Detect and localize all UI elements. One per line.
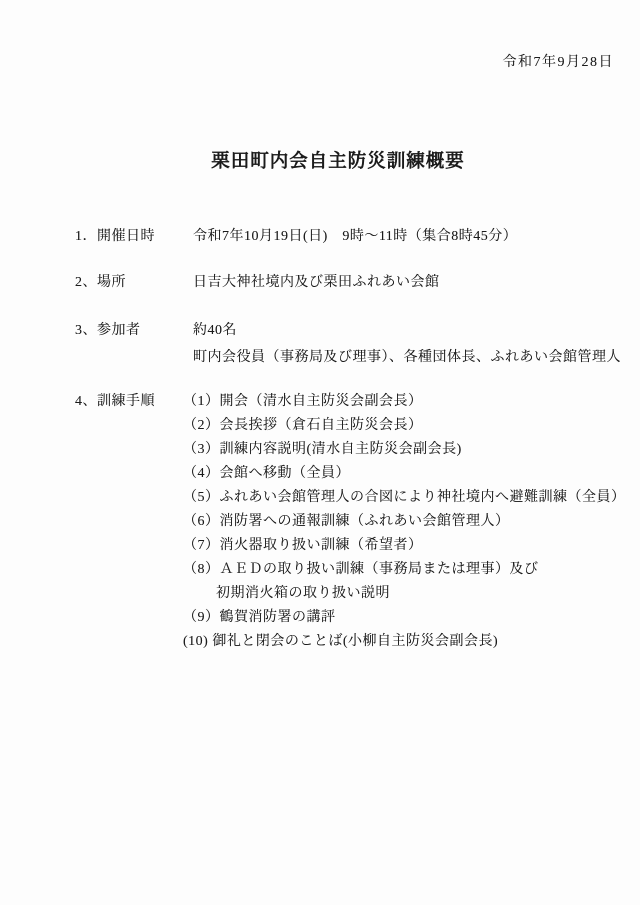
procedure-step-1: （1）開会（清水自主防災会副会長）: [183, 390, 626, 414]
procedure-step-3: （3）訓練内容説明(清水自主防災会副会長): [183, 438, 626, 462]
document-date: 令和7年9月28日: [503, 51, 615, 71]
item-location-value: 日吉大神社境内及び栗田ふれあい会館: [193, 274, 440, 291]
item-procedure-label: 4、訓練手順: [0, 390, 183, 414]
item-participants-label: 3、参加者: [0, 317, 193, 344]
item-date-time: 1．開催日時 令和7年10月19日(日) 9時～11時（集合8時45分）: [0, 228, 640, 245]
item-participants-detail: 町内会役員（事務局及び理事）、各種団体長、ふれあい会館管理人: [193, 344, 621, 371]
item-date-time-value: 令和7年10月19日(日) 9時～11時（集合8時45分）: [193, 228, 517, 245]
item-location-label: 2、場所: [0, 274, 193, 291]
item-location: 2、場所 日吉大神社境内及び栗田ふれあい会館: [0, 274, 640, 291]
item-date-time-label: 1．開催日時: [0, 228, 193, 245]
document-page: 令和7年9月28日 栗田町内会自主防災訓練概要 1．開催日時 令和7年10月19…: [0, 0, 640, 905]
procedure-step-2: （2）会長挨拶（倉石自主防災会長）: [183, 414, 626, 438]
procedure-step-6: （6）消防署への通報訓練（ふれあい会館管理人）: [183, 510, 626, 534]
procedure-step-8: （8）ＡＥＤの取り扱い訓練（事務局または理事）及び: [183, 558, 626, 582]
procedure-step-10: (10) 御礼と閉会のことば(小柳自主防災会副会長): [183, 630, 626, 654]
procedure-steps: （1）開会（清水自主防災会副会長） （2）会長挨拶（倉石自主防災会長） （3）訓…: [183, 390, 626, 654]
procedure-step-7: （7）消火器取り扱い訓練（希望者）: [183, 534, 626, 558]
item-participants: 3、参加者 約40名 町内会役員（事務局及び理事）、各種団体長、ふれあい会館管理…: [0, 317, 640, 371]
item-participants-count: 約40名: [193, 317, 621, 344]
procedure-step-5: （5）ふれあい会館管理人の合図により神社境内へ避難訓練（全員）: [183, 486, 626, 510]
procedure-step-8-continuation: 初期消火箱の取り扱い説明: [183, 582, 626, 606]
document-title: 栗田町内会自主防災訓練概要: [0, 147, 640, 173]
item-participants-values: 約40名 町内会役員（事務局及び理事）、各種団体長、ふれあい会館管理人: [193, 317, 621, 371]
procedure-step-4: （4）会館へ移動（全員）: [183, 462, 626, 486]
item-procedure: 4、訓練手順 （1）開会（清水自主防災会副会長） （2）会長挨拶（倉石自主防災会…: [0, 390, 640, 654]
procedure-step-9: （9）鶴賀消防署の講評: [183, 606, 626, 630]
